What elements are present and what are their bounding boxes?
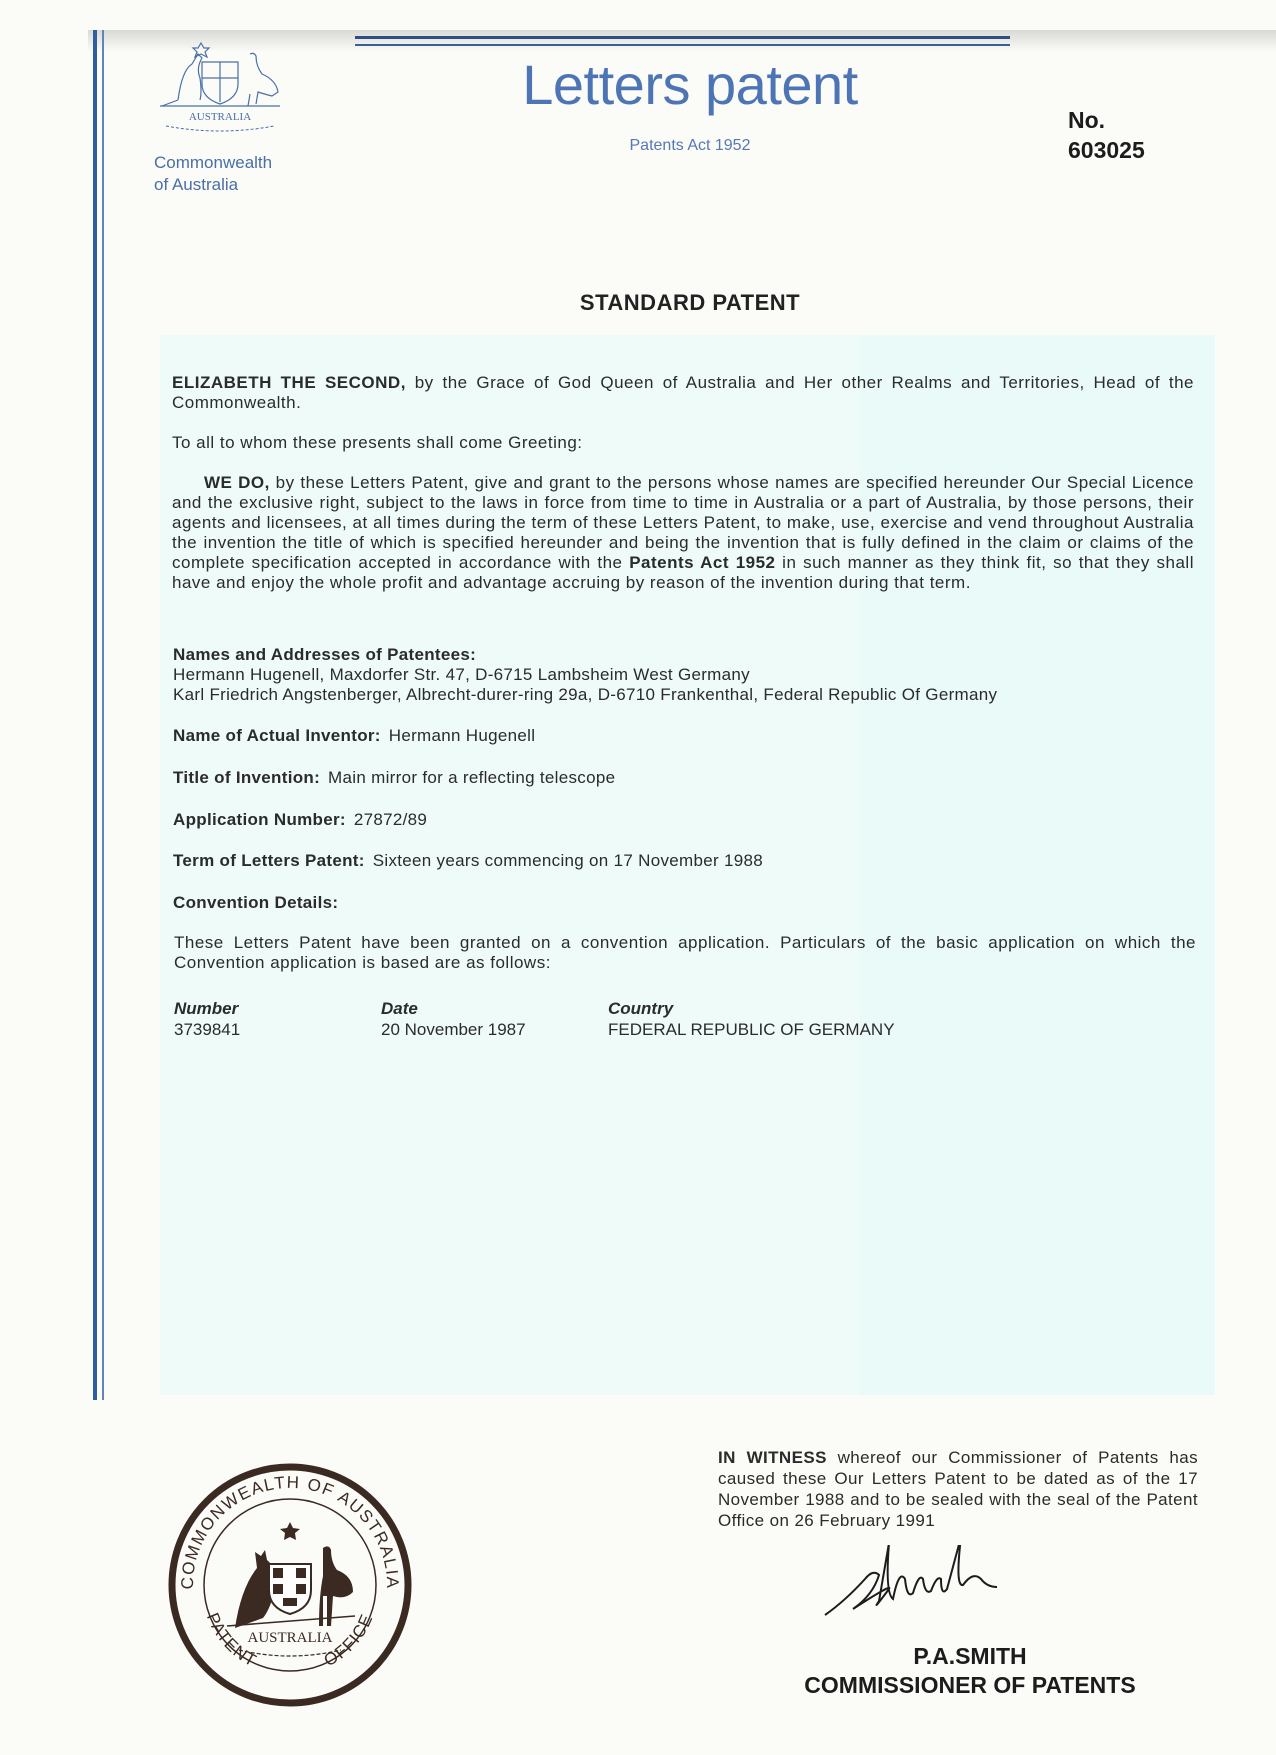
patent-office-seal-icon: COMMONWEALTH OF AUSTRALIA PATENT OFFICE … [165,1460,415,1710]
convention-number: 3739841 [174,1020,240,1040]
convention-label: Convention Details: [173,893,338,913]
column-header: Number [174,998,240,1020]
issuer-line-1: Commonwealth [154,152,272,174]
left-border-line [93,30,97,1400]
convention-col-date: Date 20 November 1987 [381,998,526,1040]
term-value: Sixteen years commencing on 17 November … [373,851,763,870]
patent-number-value: 603025 [1068,135,1145,165]
act-subtitle: Patents Act 1952 [560,137,820,155]
inventor-value: Hermann Hugenell [389,726,536,745]
greeting: To all to whom these presents shall come… [172,433,1194,453]
witness-clause: IN WITNESS whereof our Commissioner of P… [718,1447,1198,1531]
patentee-entry: Hermann Hugenell, Maxdorfer Str. 47, D-6… [173,665,997,685]
issuer-line-2: of Australia [154,174,272,196]
grant-act: Patents Act 1952 [629,553,775,572]
issuer-name: Commonwealth of Australia [154,152,272,196]
convention-col-number: Number 3739841 [174,998,240,1040]
term-field: Term of Letters Patent:Sixteen years com… [173,851,763,871]
witness-lead: IN WITNESS [718,1448,827,1467]
top-border-line-inner [355,44,1010,46]
grant-paragraph: WE DO, by these Letters Patent, give and… [172,473,1194,593]
column-header: Date [381,998,526,1020]
convention-col-country: Country FEDERAL REPUBLIC OF GERMANY [608,998,895,1040]
left-border-line-inner [102,30,104,1400]
patent-number: No. 603025 [1068,105,1145,165]
signature-icon [815,1545,1135,1635]
patentee-entry: Karl Friedrich Angstenberger, Albrecht-d… [173,685,997,705]
convention-country: FEDERAL REPUBLIC OF GERMANY [608,1020,895,1040]
convention-date: 20 November 1987 [381,1020,526,1040]
convention-text: These Letters Patent have been granted o… [174,933,1196,973]
invention-title-label: Title of Invention: [173,768,320,787]
seal-banner: AUSTRALIA [248,1630,333,1646]
signatory-name: P.A.SMITH [760,1642,1180,1671]
svg-text:AUSTRALIA: AUSTRALIA [189,111,251,123]
grant-lead: WE DO, [204,473,270,492]
inventor-label: Name of Actual Inventor: [173,726,381,745]
patent-number-label: No. [1068,105,1145,135]
signatory-title: COMMISSIONER OF PATENTS [760,1671,1180,1700]
term-label: Term of Letters Patent: [173,851,365,870]
inventor-field: Name of Actual Inventor:Hermann Hugenell [173,726,535,746]
title-field: Title of Invention:Main mirror for a ref… [173,768,615,788]
application-value: 27872/89 [354,810,427,829]
application-field: Application Number:27872/89 [173,810,427,830]
top-border-line [355,36,1010,39]
signatory: P.A.SMITH COMMISSIONER OF PATENTS [760,1642,1180,1700]
patentees-label: Names and Addresses of Patentees: [173,645,997,665]
invention-title-value: Main mirror for a reflecting telescope [328,768,615,787]
column-header: Country [608,998,895,1020]
patentees-section: Names and Addresses of Patentees: Herman… [173,645,997,705]
document-type-heading: STANDARD PATENT [540,290,840,316]
coat-of-arms-icon: AUSTRALIA [150,40,290,140]
application-label: Application Number: [173,810,346,829]
sovereign-name: ELIZABETH THE SECOND, [172,373,406,392]
document-title: Letters patent [480,52,900,117]
preamble-paragraph: ELIZABETH THE SECOND, by the Grace of Go… [172,373,1194,413]
